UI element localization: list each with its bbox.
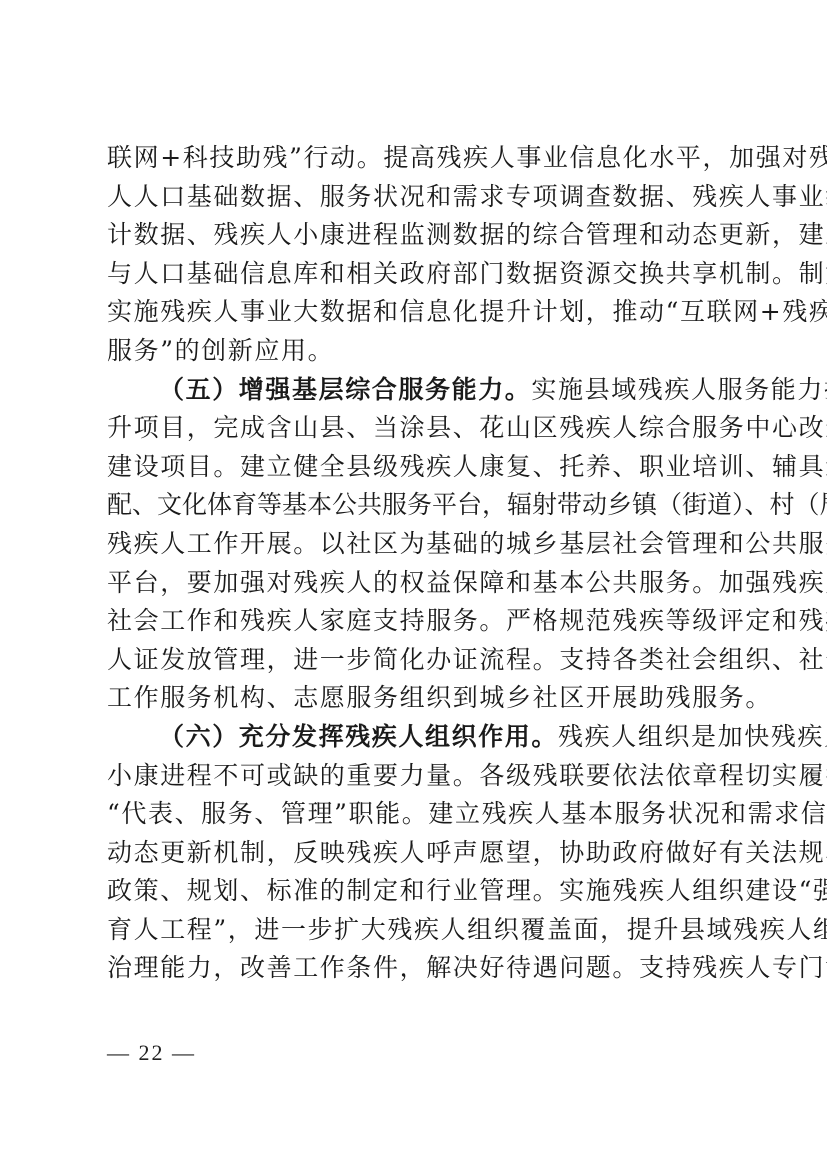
text-line: 治理能力，改善工作条件，解决好待遇问题。支持残疾人专门协 <box>107 949 727 988</box>
text-line: 人证发放管理，进一步简化办证流程。支持各类社会组织、社会 <box>107 641 727 680</box>
text-line: 服务”的创新应用。 <box>107 332 727 371</box>
text-line: 社会工作和残疾人家庭支持服务。严格规范残疾等级评定和残疾 <box>107 602 727 641</box>
text-line: 配、文化体育等基本公共服务平台，辐射带动乡镇（街道）、村（居） <box>107 486 727 525</box>
document-page: 联网+科技助残”行动。提高残疾人事业信息化水平，加强对残疾 人人口基础数据、服务… <box>0 0 827 1169</box>
text-line: 政策、规划、标准的制定和行业管理。实施残疾人组织建设“强基 <box>107 872 727 911</box>
text-line: （六）充分发挥残疾人组织作用。残疾人组织是加快残疾人 <box>107 718 727 757</box>
text-line: 育人工程”，进一步扩大残疾人组织覆盖面，提升县域残疾人组织 <box>107 911 727 950</box>
section-text: 残疾人组织是加快残疾人 <box>558 722 827 751</box>
text-line: “代表、服务、管理”职能。建立残疾人基本服务状况和需求信息 <box>107 795 727 834</box>
text-line: 平台，要加强对残疾人的权益保障和基本公共服务。加强残疾人 <box>107 564 727 603</box>
text-line: 人人口基础数据、服务状况和需求专项调查数据、残疾人事业统 <box>107 178 727 217</box>
section-heading: （六）充分发挥残疾人组织作用。 <box>159 722 558 751</box>
text-line: 与人口基础信息库和相关政府部门数据资源交换共享机制。制定 <box>107 255 727 294</box>
text-line: 残疾人工作开展。以社区为基础的城乡基层社会管理和公共服务 <box>107 525 727 564</box>
text-line: 小康进程不可或缺的重要力量。各级残联要依法依章程切实履行 <box>107 757 727 796</box>
text-line: 计数据、残疾人小康进程监测数据的综合管理和动态更新，建立 <box>107 216 727 255</box>
text-line: 升项目，完成含山县、当涂县、花山区残疾人综合服务中心改造 <box>107 409 727 448</box>
section-text: 实施县域残疾人服务能力提 <box>531 375 827 404</box>
text-line: 动态更新机制，反映残疾人呼声愿望，协助政府做好有关法规、 <box>107 834 727 873</box>
text-line: 联网+科技助残”行动。提高残疾人事业信息化水平，加强对残疾 <box>107 139 727 178</box>
text-line: 实施残疾人事业大数据和信息化提升计划，推动“互联网+残疾人 <box>107 293 727 332</box>
text-line: 建设项目。建立健全县级残疾人康复、托养、职业培训、辅具适 <box>107 448 727 487</box>
paragraph-continuation: 联网+科技助残”行动。提高残疾人事业信息化水平，加强对残疾 人人口基础数据、服务… <box>107 139 727 371</box>
text-line: （五）增强基层综合服务能力。实施县域残疾人服务能力提 <box>107 371 727 410</box>
page-number: — 22 — <box>107 1040 196 1066</box>
paragraph-section-6: （六）充分发挥残疾人组织作用。残疾人组织是加快残疾人 小康进程不可或缺的重要力量… <box>107 718 727 988</box>
paragraph-section-5: （五）增强基层综合服务能力。实施县域残疾人服务能力提 升项目，完成含山县、当涂县… <box>107 371 727 718</box>
text-line: 工作服务机构、志愿服务组织到城乡社区开展助残服务。 <box>107 679 727 718</box>
document-body: 联网+科技助残”行动。提高残疾人事业信息化水平，加强对残疾 人人口基础数据、服务… <box>107 139 727 988</box>
section-heading: （五）增强基层综合服务能力。 <box>159 375 531 404</box>
